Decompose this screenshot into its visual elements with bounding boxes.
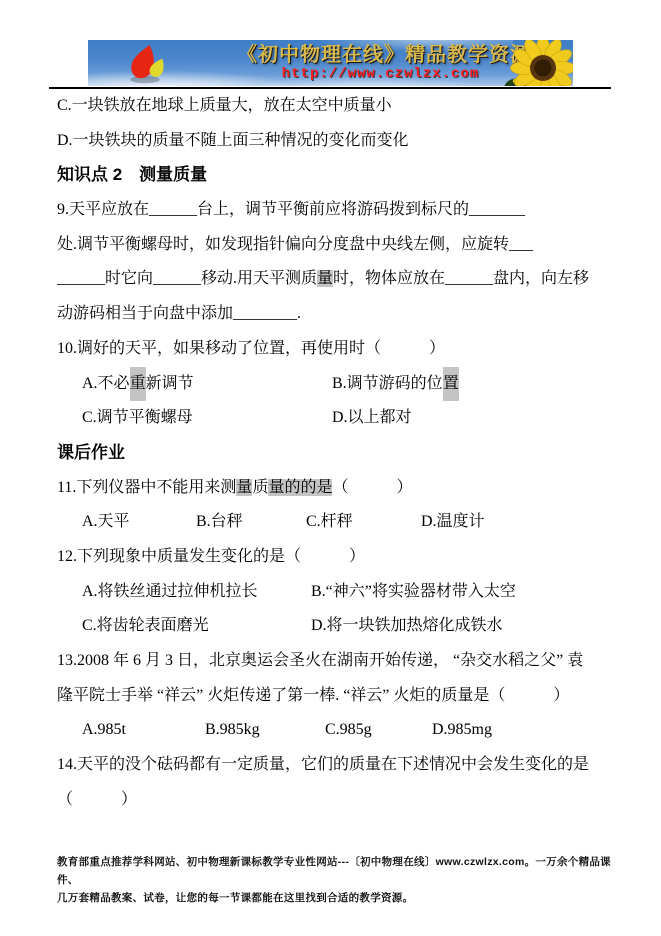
q12-option-c: C.将齿轮表面磨光	[82, 609, 311, 644]
q13-option-a: A.985t	[82, 713, 205, 748]
q12-option-a: A.将铁丝通过拉伸机拉长	[82, 575, 311, 610]
section-heading-knowledge-point-2: 知识点 2 测量质量	[57, 158, 657, 193]
q9-line-3: ______时它向______移动.用天平测质量时，物体应放在______盘内，…	[57, 262, 657, 297]
q13-options-row: A.985t B.985kg C.985g D.985mg	[57, 713, 657, 748]
q10-option-b: B.调节游码的位置	[332, 367, 459, 402]
q14-stem-line-1: 14.天平的没个砝码都有一定质量，它们的质量在下述情况中会发生变化的是	[57, 748, 657, 783]
q13-stem-line-1: 13.2008 年 6 月 3 日，北京奥运会圣火在湖南开始传递， “杂交水稻之…	[57, 644, 657, 679]
q11-options-row: A.天平 B.台秤 C.杆秤 D.温度计	[57, 505, 657, 540]
q9-line-2: 处.调节平衡螺母时，如发现指针偏向分度盘中央线左侧，应旋转___	[57, 228, 657, 263]
q10-stem: 10.调好的天平，如果移动了位置，再使用时（ ）	[57, 332, 657, 367]
q10-option-a: A.不必重新调节	[82, 367, 332, 402]
q13-stem-line-2: 隆平院士手举 “祥云” 火炬传递了第一棒. “祥云” 火炬的质量是（ ）	[57, 679, 657, 714]
q9-line-1: 9.天平应放在______台上，调节平衡前应将游码拨到标尺的_______	[57, 193, 657, 228]
q11-option-b: B.台秤	[196, 505, 306, 540]
q10-option-d: D.以上都对	[332, 401, 412, 436]
q13-option-d: D.985mg	[432, 713, 492, 748]
sunflower-icon	[465, 40, 573, 86]
q12-options-row-1: A.将铁丝通过拉伸机拉长 B.“神六”将实验器材带入太空	[57, 575, 657, 610]
q10-options-row-1: A.不必重新调节 B.调节游码的位置	[57, 367, 657, 402]
q10-options-row-2: C.调节平衡螺母 D.以上都对	[57, 401, 657, 436]
q13-option-c: C.985g	[325, 713, 432, 748]
q9-line-4: 动游码相当于向盘中添加________.	[57, 297, 657, 332]
q12-options-row-2: C.将齿轮表面磨光 D.将一块铁加热熔化成铁水	[57, 609, 657, 644]
page-footer: 教育部重点推荐学科网站、初中物理新课标教学专业性网站---〔初中物理在线〕www…	[57, 853, 617, 907]
q12-stem: 12.下列现象中质量发生变化的是（ ）	[57, 540, 657, 575]
footer-line-1: 教育部重点推荐学科网站、初中物理新课标教学专业性网站---〔初中物理在线〕www…	[57, 853, 617, 889]
q11-stem: 11.下列仪器中不能用来测量质量的的是（ ）	[57, 471, 657, 506]
q12-option-b: B.“神六”将实验器材带入太空	[311, 575, 516, 610]
section-heading-homework: 课后作业	[57, 436, 657, 471]
flame-logo-icon	[120, 44, 170, 86]
site-banner: 《初中物理在线》精品教学资源库 http://www.czwlzx.com	[88, 40, 573, 86]
q12-option-d: D.将一块铁加热熔化成铁水	[311, 609, 503, 644]
q14-stem-line-2: （ ）	[57, 783, 657, 818]
q11-option-a: A.天平	[82, 505, 196, 540]
q10-option-c: C.调节平衡螺母	[82, 401, 332, 436]
q11-option-c: C.杆秤	[306, 505, 421, 540]
q13-option-b: B.985kg	[205, 713, 325, 748]
worksheet-body: C.一块铁放在地球上质量大，放在太空中质量小 D.一块铁块的质量不随上面三种情况…	[57, 89, 657, 817]
q8-option-c: C.一块铁放在地球上质量大，放在太空中质量小	[57, 89, 657, 124]
footer-line-2: 几万套精品教案、试卷，让您的每一节课都能在这里找到合适的教学资源。	[57, 889, 617, 907]
q11-option-d: D.温度计	[421, 505, 485, 540]
q8-option-d: D.一块铁块的质量不随上面三种情况的变化而变化	[57, 124, 657, 159]
